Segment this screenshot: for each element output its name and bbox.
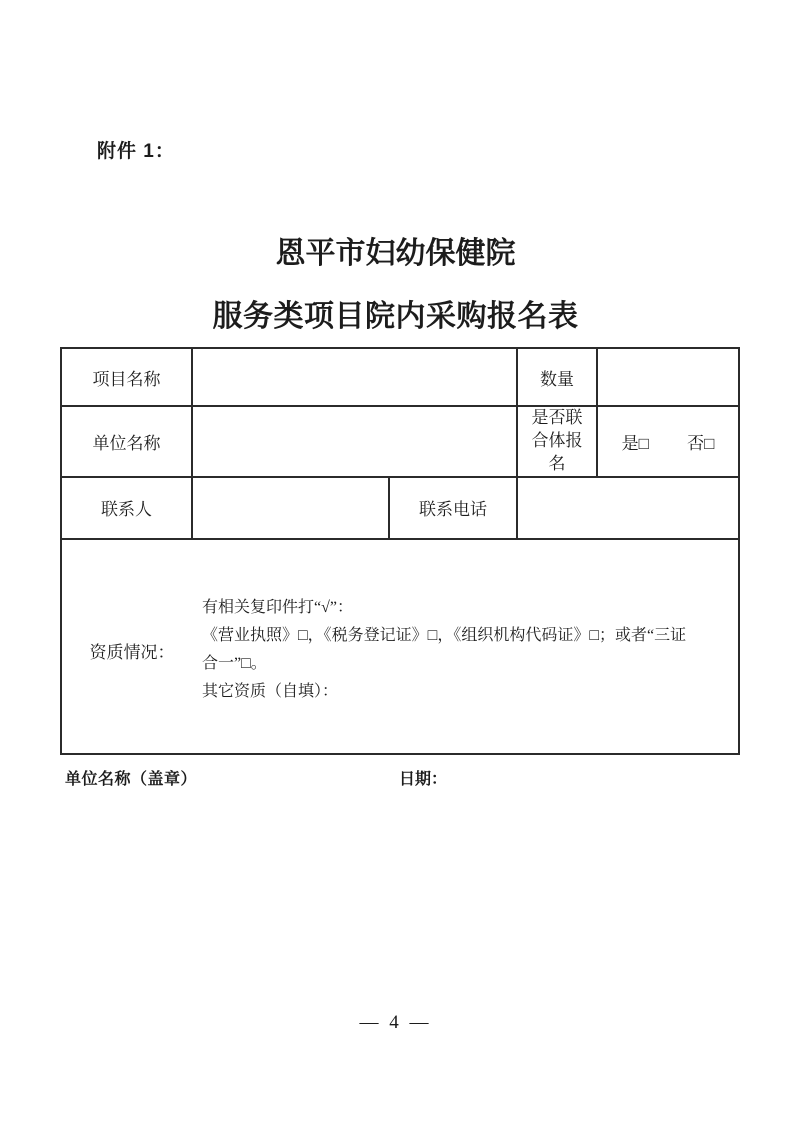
- qualification-line-3: 合一”□。: [202, 650, 720, 678]
- qualification-line-2: 《营业执照》□，《税务登记证》□，《组织机构代码证》□；或者“三证: [202, 622, 720, 650]
- contact-phone-field: [517, 477, 739, 539]
- unit-name-label: 单位名称: [61, 406, 192, 477]
- date-label: 日期：: [399, 766, 447, 789]
- table-row-qualification: 资质情况： 有相关复印件打“√”： 《营业执照》□，《税务登记证》□，《组织机构…: [61, 539, 739, 754]
- unit-name-field: [192, 406, 517, 477]
- quantity-label: 数量: [517, 348, 597, 406]
- qualification-label: 资质情况：: [62, 638, 202, 663]
- qualification-cell: 资质情况： 有相关复印件打“√”： 《营业执照》□，《税务登记证》□，《组织机构…: [61, 539, 739, 754]
- qualification-text: 有相关复印件打“√”： 《营业执照》□，《税务登记证》□，《组织机构代码证》□；…: [202, 594, 738, 706]
- qualification-line-1: 有相关复印件打“√”：: [202, 594, 720, 622]
- qualification-line-4: 其它资质（自填）：: [202, 678, 720, 706]
- contact-person-field: [192, 477, 389, 539]
- project-name-label: 项目名称: [61, 348, 192, 406]
- document-page: 附件 1： 恩平市妇幼保健院 服务类项目院内采购报名表 项目名称 数量 单位名称…: [0, 0, 791, 1122]
- table-row-contact: 联系人 联系电话: [61, 477, 739, 539]
- quantity-field: [597, 348, 739, 406]
- project-name-field: [192, 348, 517, 406]
- contact-person-label: 联系人: [61, 477, 192, 539]
- table-row-unit: 单位名称 是否联合体报名 是□ 否□: [61, 406, 739, 477]
- document-subtitle: 服务类项目院内采购报名表: [0, 291, 791, 335]
- document-title: 恩平市妇幼保健院: [0, 228, 791, 272]
- joint-bid-options: 是□ 否□: [597, 406, 739, 477]
- joint-yes-checkbox: 是□: [622, 434, 649, 453]
- attachment-label: 附件 1：: [97, 136, 175, 163]
- table-row-project: 项目名称 数量: [61, 348, 739, 406]
- page-number: — 4 —: [0, 1012, 791, 1034]
- contact-phone-label: 联系电话: [389, 477, 517, 539]
- registration-form-table: 项目名称 数量 单位名称 是否联合体报名 是□ 否□ 联系人 联系电话: [60, 347, 740, 755]
- seal-label: 单位名称（盖章）: [65, 766, 197, 789]
- joint-no-checkbox: 否□: [687, 434, 714, 453]
- joint-bid-label: 是否联合体报名: [517, 406, 597, 477]
